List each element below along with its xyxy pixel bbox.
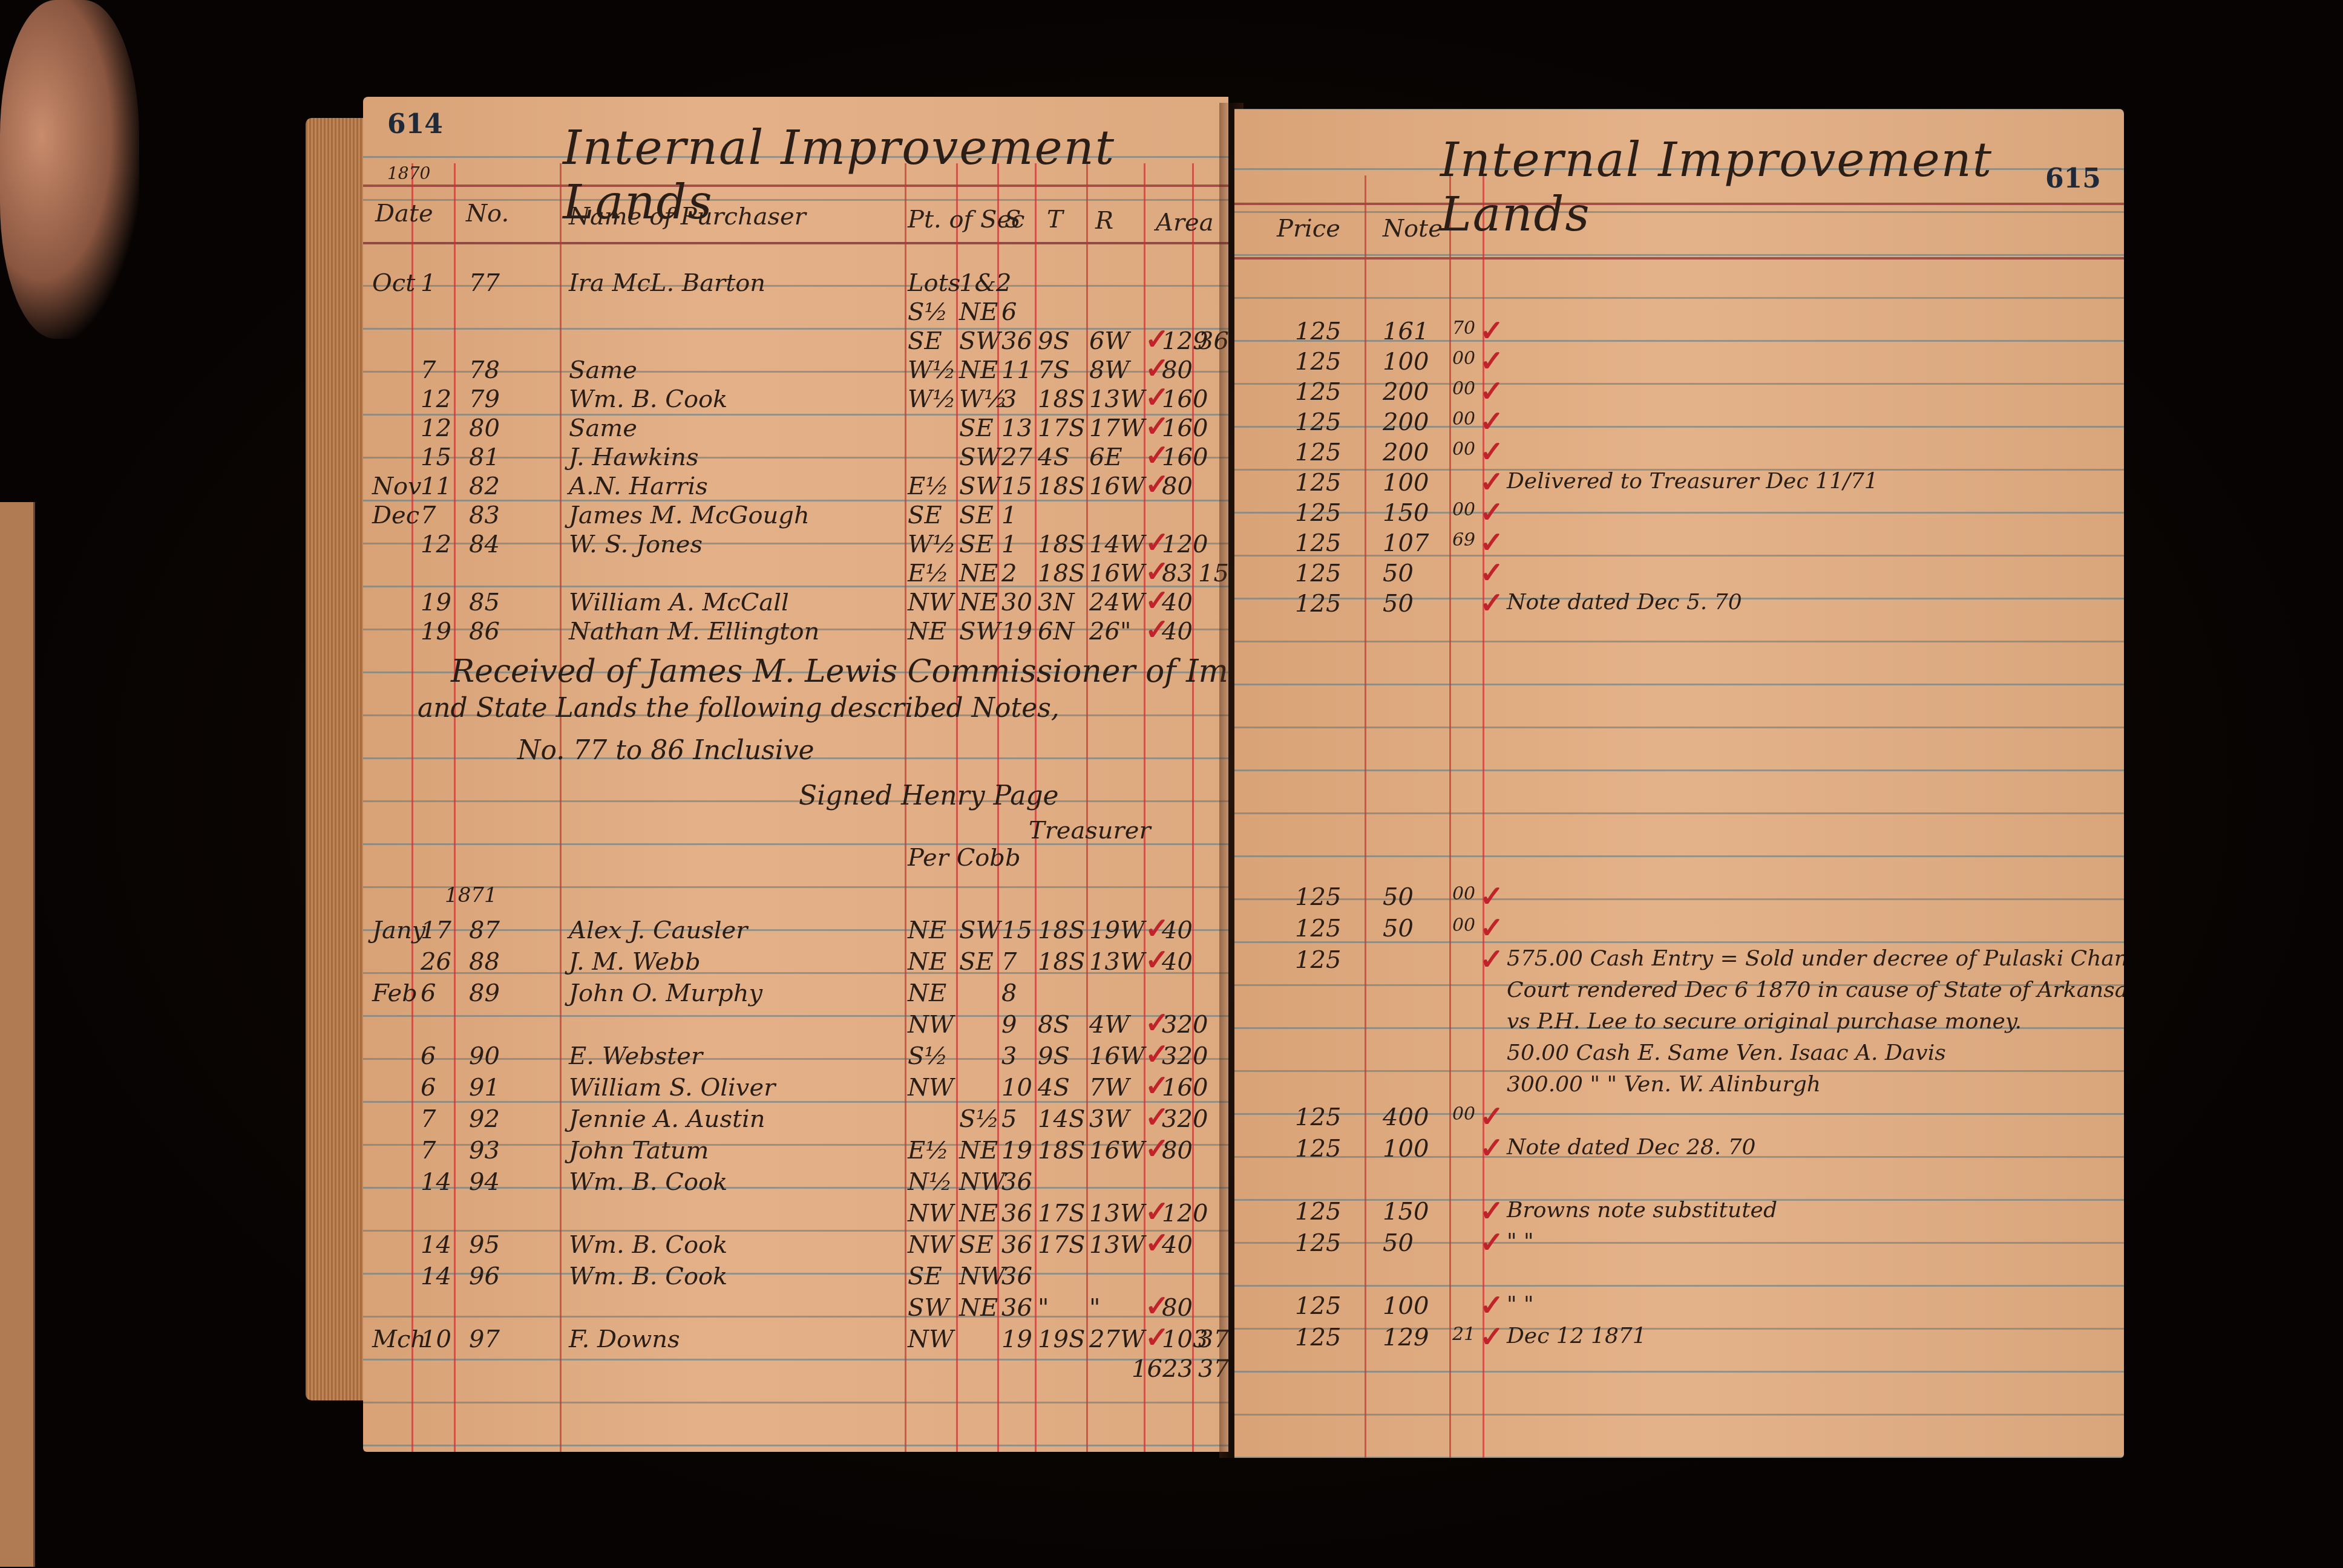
column-rule <box>1449 175 1451 1458</box>
row-number: 90 <box>469 1042 500 1070</box>
row-purchaser-name: Nathan M. Ellington <box>569 618 819 645</box>
row-section: 13 <box>1001 414 1032 442</box>
row-part-subquarter: SE <box>959 414 994 442</box>
checkmark-icon: ✓ <box>1480 1320 1504 1354</box>
row-section: 9 <box>1001 1011 1017 1039</box>
row-part-subquarter: NW <box>959 1168 1005 1196</box>
row-part-subquarter: W½ <box>959 385 1008 413</box>
row-remark: " " <box>1507 1229 1534 1254</box>
row-number: 81 <box>469 443 500 471</box>
column-rule <box>1365 175 1366 1458</box>
row-section: 19 <box>1001 1137 1032 1165</box>
row-range: 4W <box>1089 1011 1130 1039</box>
row-number: 86 <box>469 618 500 645</box>
row-range: " <box>1089 1294 1100 1322</box>
row-price: 125 <box>1295 439 1341 466</box>
row-note-cents: 00 <box>1452 348 1475 369</box>
row-number: 93 <box>469 1137 500 1165</box>
row-township: 18S <box>1038 560 1085 587</box>
row-day: 10 <box>421 1325 451 1353</box>
row-part-subquarter: SE <box>959 948 994 976</box>
row-price: 125 <box>1295 408 1341 436</box>
row-section: 6 <box>1001 298 1017 326</box>
row-note-cents: 00 <box>1452 915 1475 936</box>
row-price: 125 <box>1295 946 1341 974</box>
row-purchaser-name: Wm. B. Cook <box>569 385 727 413</box>
checkmark-icon: ✓ <box>1480 942 1504 976</box>
row-part-subquarter: NE <box>959 589 998 616</box>
row-day: 14 <box>421 1231 451 1259</box>
row-part-quarter: SW <box>908 1294 949 1322</box>
row-price: 125 <box>1295 499 1341 527</box>
row-purchaser-name: A.N. Harris <box>569 472 708 500</box>
row-area: 80 <box>1162 1294 1193 1322</box>
row-note-amount: 150 <box>1383 1198 1429 1226</box>
checkmark-icon: ✓ <box>1480 1100 1504 1134</box>
row-area: 80 <box>1162 472 1193 500</box>
row-section: 15 <box>1001 916 1032 944</box>
row-area: 320 <box>1162 1042 1208 1070</box>
row-section: 36 <box>1001 327 1032 355</box>
row-township: 17S <box>1038 414 1085 442</box>
row-range: 6W <box>1089 327 1130 355</box>
row-part-subquarter: NE <box>959 560 998 587</box>
row-township: 9S <box>1038 327 1070 355</box>
row-part-subquarter: SW <box>959 618 1001 645</box>
row-part-quarter: NE <box>908 618 946 645</box>
row-area: 40 <box>1162 948 1193 976</box>
row-note-amount: 100 <box>1383 469 1429 497</box>
row-area: 40 <box>1162 1231 1193 1259</box>
row-part-quarter: S½ <box>908 1042 948 1070</box>
row-area: 80 <box>1162 1137 1193 1165</box>
row-range: 19W <box>1089 916 1145 944</box>
row-note-amount: 200 <box>1383 408 1429 436</box>
receipt-role: Treasurer <box>1029 817 1151 844</box>
row-range: 17W <box>1089 414 1145 442</box>
row-township: 19S <box>1038 1325 1085 1353</box>
row-note-amount: 161 <box>1383 318 1429 345</box>
row-township: 18S <box>1038 385 1085 413</box>
row-note-cents: 70 <box>1452 318 1475 339</box>
row-note-amount: 50 <box>1383 590 1414 618</box>
row-section: 7 <box>1001 948 1017 976</box>
row-township: 8S <box>1038 1011 1070 1039</box>
row-purchaser-name: W. S. Jones <box>569 531 703 558</box>
row-purchaser-name: Wm. B. Cook <box>569 1168 727 1196</box>
row-township: 17S <box>1038 1200 1085 1227</box>
row-note-amount: 100 <box>1383 1135 1429 1163</box>
checkmark-icon: ✓ <box>1480 435 1504 469</box>
row-note-amount: 129 <box>1383 1324 1429 1351</box>
row-note-amount: 100 <box>1383 348 1429 376</box>
row-number: 85 <box>469 589 500 616</box>
ledger-page-left: 614 Internal Improvement Lands 1870 Date… <box>363 97 1228 1452</box>
row-part-subquarter: SE <box>959 1231 994 1259</box>
row-number: 92 <box>469 1105 500 1133</box>
row-month: Mch <box>372 1325 426 1353</box>
row-day: 19 <box>421 618 451 645</box>
row-month: Nov <box>372 472 422 500</box>
row-township: 14S <box>1038 1105 1085 1133</box>
receipt-signature: Signed Henry Page <box>799 780 1059 811</box>
row-range: 14W <box>1089 531 1145 558</box>
row-part-subquarter: NW <box>959 1263 1005 1290</box>
row-part-subquarter: NE <box>959 1137 998 1165</box>
row-day: 15 <box>421 443 451 471</box>
header-bottom-rule <box>1234 257 2124 260</box>
row-area: 160 <box>1162 1074 1208 1102</box>
row-range: 6E <box>1089 443 1122 471</box>
row-number: 96 <box>469 1263 500 1290</box>
column-rule <box>560 163 562 1452</box>
checkmark-icon: ✓ <box>1480 1289 1504 1322</box>
row-part-quarter: Lots <box>908 269 960 297</box>
row-price: 125 <box>1295 1292 1341 1320</box>
row-part-quarter: NW <box>908 1231 954 1259</box>
row-price: 125 <box>1295 590 1341 618</box>
row-number: 78 <box>469 356 500 384</box>
row-day: 7 <box>421 1137 436 1165</box>
row-part-subquarter: NE <box>959 1200 998 1227</box>
checkmark-icon: ✓ <box>1480 1194 1504 1228</box>
row-township: 9S <box>1038 1042 1070 1070</box>
row-part-quarter: SE <box>908 501 942 529</box>
row-day: 1 <box>421 269 436 297</box>
row-part-quarter: N½ <box>908 1168 952 1196</box>
receipt-line-1: Received of James M. Lewis Commissioner … <box>451 653 1228 690</box>
row-purchaser-name: Wm. B. Cook <box>569 1231 727 1259</box>
row-price: 125 <box>1295 1198 1341 1226</box>
row-range: 24W <box>1089 589 1145 616</box>
row-range: 27W <box>1089 1325 1145 1353</box>
row-day: 7 <box>421 1105 436 1133</box>
row-area: 320 <box>1162 1105 1208 1133</box>
row-part-subquarter: SW <box>959 327 1001 355</box>
row-price: 125 <box>1295 883 1341 911</box>
row-part-subquarter: NE <box>959 298 998 326</box>
row-part-quarter: E½ <box>908 1137 949 1165</box>
book-page-edges <box>306 118 366 1400</box>
row-part-subquarter: NE <box>959 356 998 384</box>
row-range: 16W <box>1089 560 1145 587</box>
column-rule <box>1086 163 1088 1452</box>
row-range: 13W <box>1089 385 1145 413</box>
row-price: 125 <box>1295 529 1341 557</box>
area-total: 1623 <box>1132 1355 1193 1383</box>
row-day: 7 <box>421 356 436 384</box>
row-part-subquarter: SW <box>959 443 1001 471</box>
row-remark: " " <box>1507 1292 1534 1317</box>
row-note-cents: 00 <box>1452 499 1475 520</box>
row-note-amount: 100 <box>1383 1292 1429 1320</box>
row-section: 8 <box>1001 979 1017 1007</box>
row-township: 7S <box>1038 356 1070 384</box>
row-section: 19 <box>1001 1325 1032 1353</box>
row-price: 125 <box>1295 1135 1341 1163</box>
row-month: Dec <box>372 501 419 529</box>
row-township: 17S <box>1038 1231 1085 1259</box>
column-rule <box>454 163 456 1452</box>
row-price: 125 <box>1295 560 1341 587</box>
row-number: 97 <box>469 1325 500 1353</box>
row-purchaser-name: William A. McCall <box>569 589 789 616</box>
row-purchaser-name: Ira McL. Barton <box>569 269 765 297</box>
checkmark-icon: ✓ <box>1480 465 1504 499</box>
row-section: 5 <box>1001 1105 1017 1133</box>
row-purchaser-name: J. M. Webb <box>569 948 700 976</box>
column-rule <box>411 163 413 1452</box>
row-month: Oct <box>372 269 415 297</box>
row-number: 79 <box>469 385 500 413</box>
row-remark: Note dated Dec 28. 70 <box>1507 1135 1755 1160</box>
row-section: 19 <box>1001 618 1032 645</box>
row-price: 125 <box>1295 318 1341 345</box>
row-range: 26" <box>1089 618 1131 645</box>
row-day: 6 <box>421 1074 436 1102</box>
row-area: 120 <box>1162 1200 1208 1227</box>
row-range: 13W <box>1089 1231 1145 1259</box>
row-day: 7 <box>421 501 436 529</box>
row-section: 36 <box>1001 1200 1032 1227</box>
row-note-amount: 200 <box>1383 378 1429 406</box>
row-note-cents: 00 <box>1452 378 1475 399</box>
col-header-date: Date <box>375 200 433 227</box>
row-day: 6 <box>421 1042 436 1070</box>
row-price: 125 <box>1295 915 1341 942</box>
row-note-amount: 107 <box>1383 529 1429 557</box>
row-section: 10 <box>1001 1074 1032 1102</box>
receipt-line-3: No. 77 to 86 Inclusive <box>517 735 814 766</box>
row-range: 16W <box>1089 1137 1145 1165</box>
row-township: 4S <box>1038 1074 1070 1102</box>
row-part-quarter: E½ <box>908 472 949 500</box>
row-section: 15 <box>1001 472 1032 500</box>
row-number: 84 <box>469 531 500 558</box>
col-header-price: Price <box>1277 215 1340 243</box>
row-note-amount: 50 <box>1383 883 1414 911</box>
page-number: 614 <box>387 109 443 140</box>
row-price: 125 <box>1295 348 1341 376</box>
row-remark: 50.00 Cash E. Same Ven. Isaac A. Davis <box>1507 1040 1946 1065</box>
checkmark-icon: ✓ <box>1480 374 1504 408</box>
row-remark: 300.00 " " Ven. W. Alinburgh <box>1507 1072 1821 1097</box>
row-day: 14 <box>421 1168 451 1196</box>
year-marker-1871: 1871 <box>445 883 497 907</box>
row-section: 2 <box>1001 560 1017 587</box>
row-purchaser-name: F. Downs <box>569 1325 680 1353</box>
row-number: 91 <box>469 1074 500 1102</box>
row-part-quarter: S½ <box>908 298 948 326</box>
row-note-cents: 00 <box>1452 439 1475 460</box>
row-price: 125 <box>1295 378 1341 406</box>
row-purchaser-name: Same <box>569 414 637 442</box>
row-part-quarter: NW <box>908 1011 954 1039</box>
col-header-t: T <box>1047 206 1063 234</box>
row-part-quarter: NW <box>908 1200 954 1227</box>
row-part-subquarter: S½ <box>959 1105 999 1133</box>
row-day: 19 <box>421 589 451 616</box>
row-note-amount: 150 <box>1383 499 1429 527</box>
row-price: 125 <box>1295 1324 1341 1351</box>
row-price: 125 <box>1295 1103 1341 1131</box>
row-number: 95 <box>469 1231 500 1259</box>
row-section: 36 <box>1001 1294 1032 1322</box>
row-note-cents: 21 <box>1452 1324 1475 1345</box>
row-day: 12 <box>421 414 451 442</box>
hand <box>0 0 139 339</box>
receipt-line-2: and State Lands the following described … <box>418 693 1060 724</box>
row-part-quarter: E½ <box>908 560 949 587</box>
row-number: 88 <box>469 948 500 976</box>
row-note-amount: 400 <box>1383 1103 1429 1131</box>
col-header-s: S <box>1004 206 1021 234</box>
row-range: 13W <box>1089 1200 1145 1227</box>
row-township: 18S <box>1038 1137 1085 1165</box>
row-note-cents: 69 <box>1452 529 1475 550</box>
row-township: 3N <box>1038 589 1074 616</box>
checkmark-icon: ✓ <box>1480 586 1504 620</box>
row-purchaser-name: Wm. B. Cook <box>569 1263 727 1290</box>
row-price: 125 <box>1295 469 1341 497</box>
row-part-quarter: NE <box>908 916 946 944</box>
row-section: 3 <box>1001 1042 1017 1070</box>
row-remark: vs P.H. Lee to secure original purchase … <box>1507 1009 2022 1034</box>
row-part-quarter: NW <box>908 1325 954 1353</box>
row-part-quarter: NW <box>908 1074 954 1102</box>
row-purchaser-name: James M. McGough <box>569 501 810 529</box>
row-section: 30 <box>1001 589 1032 616</box>
row-township: 18S <box>1038 531 1085 558</box>
row-purchaser-name: Jennie A. Austin <box>569 1105 765 1133</box>
row-range: 16W <box>1089 1042 1145 1070</box>
row-section: 1 <box>1001 501 1017 529</box>
row-day: 26 <box>421 948 451 976</box>
row-range: 7W <box>1089 1074 1130 1102</box>
row-day: 6 <box>421 979 436 1007</box>
row-note-amount: 50 <box>1383 915 1414 942</box>
row-remark: Note dated Dec 5. 70 <box>1507 590 1742 615</box>
row-note-cents: 00 <box>1452 408 1475 430</box>
row-part-quarter: NE <box>908 979 946 1007</box>
col-header-purchaser: Name of Purchaser <box>569 203 806 230</box>
row-note-amount: 50 <box>1383 560 1414 587</box>
row-area: 40 <box>1162 618 1193 645</box>
row-part-quarter: SE <box>908 1263 942 1290</box>
checkmark-icon: ✓ <box>1480 495 1504 529</box>
row-day: 12 <box>421 531 451 558</box>
row-part-quarter: SE <box>908 327 942 355</box>
row-section: 36 <box>1001 1231 1032 1259</box>
row-section: 1 <box>1001 531 1017 558</box>
row-day: 14 <box>421 1263 451 1290</box>
row-part-subquarter: SE <box>959 501 994 529</box>
row-section: 36 <box>1001 1263 1032 1290</box>
row-range: 3W <box>1089 1105 1130 1133</box>
row-purchaser-name: E. Webster <box>569 1042 703 1070</box>
year-marker: 1870 <box>387 163 430 183</box>
row-number: 89 <box>469 979 500 1007</box>
row-remark: Court rendered Dec 6 1870 in cause of St… <box>1507 978 2124 1002</box>
row-part-quarter: NW <box>908 589 954 616</box>
row-day: 17 <box>421 916 451 944</box>
row-note-amount: 50 <box>1383 1229 1414 1257</box>
row-range: 8W <box>1089 356 1130 384</box>
row-remark: Delivered to Treasurer Dec 11/71 <box>1507 469 1878 494</box>
row-part-quarter: W½ <box>908 356 956 384</box>
row-number: 80 <box>469 414 500 442</box>
row-number: 87 <box>469 916 500 944</box>
page-number: 615 <box>2045 163 2101 194</box>
row-section: 3 <box>1001 385 1017 413</box>
row-number: 77 <box>469 269 500 297</box>
row-remark: 575.00 Cash Entry = Sold under decree of… <box>1507 946 2124 971</box>
row-purchaser-name: William S. Oliver <box>569 1074 775 1102</box>
receipt-by: Per Cobb <box>908 844 1021 872</box>
row-note-cents: 00 <box>1452 883 1475 904</box>
row-area: 40 <box>1162 916 1193 944</box>
checkmark-icon: ✓ <box>1480 526 1504 560</box>
row-purchaser-name: Alex J. Causler <box>569 916 747 944</box>
row-purchaser-name: Same <box>569 356 637 384</box>
row-section: 27 <box>1001 443 1032 471</box>
checkmark-icon: ✓ <box>1480 911 1504 945</box>
row-number: 94 <box>469 1168 500 1196</box>
row-part-subquarter: SW <box>959 472 1001 500</box>
checkmark-icon: ✓ <box>1480 344 1504 378</box>
row-part-subquarter: SE <box>959 531 994 558</box>
row-month: Jany <box>372 916 425 944</box>
page-title: Internal Improvement Lands <box>1440 133 2124 242</box>
row-part-subquarter: NE <box>959 1294 998 1322</box>
checkmark-icon: ✓ <box>1480 1131 1504 1165</box>
row-number: 83 <box>469 501 500 529</box>
row-remark: Dec 12 1871 <box>1507 1324 1647 1348</box>
row-section: 36 <box>1001 1168 1032 1196</box>
row-day: 11 <box>421 472 451 500</box>
row-day: 12 <box>421 385 451 413</box>
col-header-no: No. <box>466 200 509 227</box>
row-part-subquarter: 1&2 <box>959 269 1012 297</box>
row-part-subquarter: SW <box>959 916 1001 944</box>
row-township: 4S <box>1038 443 1070 471</box>
col-header-note: Note <box>1383 215 1443 243</box>
row-part-quarter: W½ <box>908 531 956 558</box>
ledger-page-right: Internal Improvement Lands 615 Price Not… <box>1234 109 2124 1458</box>
row-number: 82 <box>469 472 500 500</box>
row-township: 18S <box>1038 948 1085 976</box>
checkmark-icon: ✓ <box>1480 556 1504 590</box>
row-township: 18S <box>1038 472 1085 500</box>
row-note-amount: 200 <box>1383 439 1429 466</box>
checkmark-icon: ✓ <box>1480 880 1504 913</box>
row-township: 18S <box>1038 916 1085 944</box>
checkmark-icon: ✓ <box>1480 405 1504 439</box>
row-township: 6N <box>1038 618 1074 645</box>
row-township: " <box>1038 1294 1049 1322</box>
row-month: Feb <box>372 979 418 1007</box>
row-purchaser-name: J. Hawkins <box>569 443 699 471</box>
row-range: 13W <box>1089 948 1145 976</box>
adjacent-document-edge <box>0 502 35 1567</box>
blue-rule-lines <box>1234 109 2124 1458</box>
row-part-quarter: W½ <box>908 385 956 413</box>
row-part-quarter: NE <box>908 948 946 976</box>
row-price: 125 <box>1295 1229 1341 1257</box>
col-header-area: Area <box>1156 209 1214 237</box>
row-section: 11 <box>1001 356 1032 384</box>
checkmark-icon: ✓ <box>1480 1226 1504 1259</box>
